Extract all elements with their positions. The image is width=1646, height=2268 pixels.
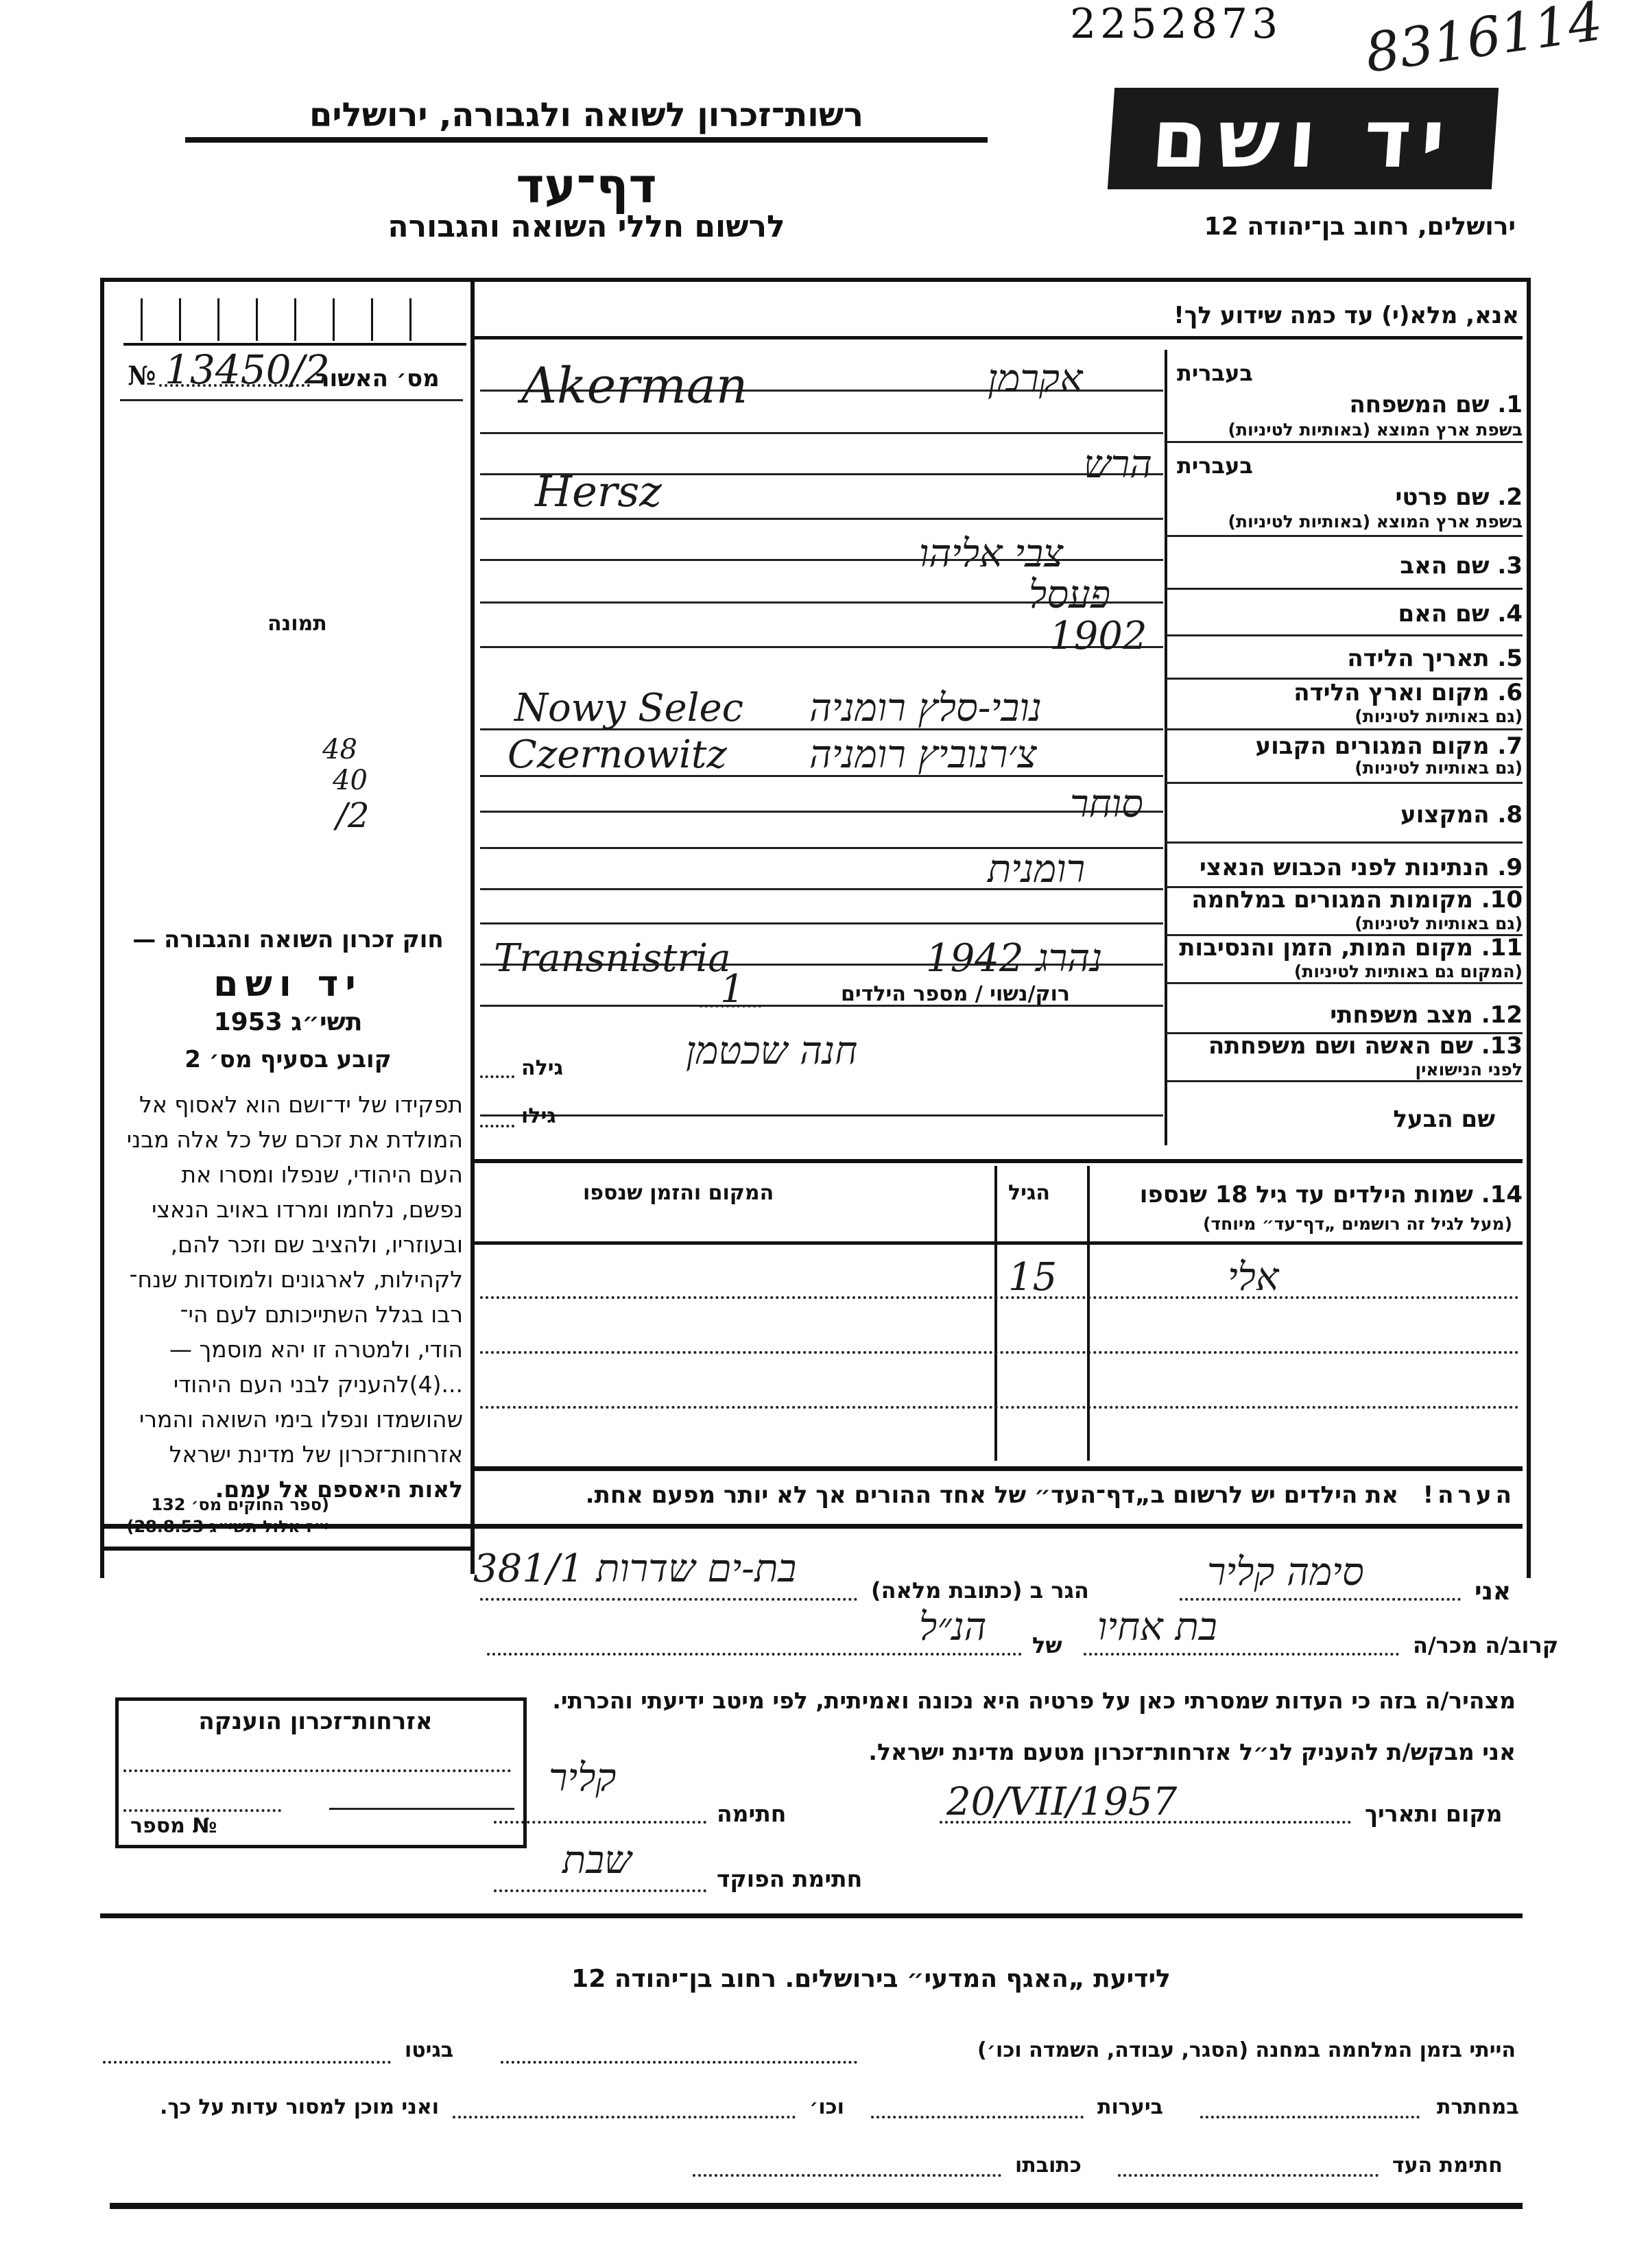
- law-name: יד ושם: [110, 964, 466, 1005]
- declarant-name-line: [1180, 1598, 1461, 1601]
- request: אני מבקש/ת להעניק לנ״ל אזרחות־זכרון מטעם…: [754, 1739, 1516, 1765]
- field-12-label: 12. מצב משפחתי: [1330, 1001, 1523, 1029]
- footer-line1-field-2: [103, 2061, 391, 2064]
- child-row-3-line: [480, 1406, 1519, 1409]
- husband-label: שם הבעל: [1393, 1106, 1495, 1133]
- field-4-value[interactable]: פעסל: [1029, 573, 1110, 617]
- field-1-hebrew-tag: בעברית: [1177, 360, 1253, 386]
- child-1-age[interactable]: 15: [1008, 1255, 1057, 1300]
- relation-label: קרוב/ה מכר/ה: [1413, 1632, 1558, 1658]
- field-2-label: 2. שם פרטי: [1395, 484, 1523, 511]
- wife-age-line: [480, 1075, 514, 1078]
- approval-label: מס׳ האשור: [315, 365, 440, 392]
- spouse-divider: [1165, 1080, 1167, 1145]
- wife-age-label: גילה: [521, 1056, 563, 1080]
- note: הערה! את הילדים יש לרשום ב„דף־העד״ של אח…: [480, 1481, 1516, 1509]
- handwritten-reference: 8316114: [1361, 0, 1606, 85]
- field-3-label: 3. שם האב: [1400, 552, 1523, 580]
- field-6-label: 6. מקום וארץ הלידה: [1293, 679, 1523, 706]
- archive-number: 2252873: [1070, 0, 1282, 48]
- left-panel-bottom: [100, 1547, 475, 1551]
- law-year: תשי״ג 1953: [110, 1008, 466, 1036]
- field-11-sub: (המקום גם באותיות לטיניות): [1294, 962, 1523, 981]
- row-divider-6: [1166, 728, 1523, 730]
- field-11-value-hebrew[interactable]: נהרג 1942: [926, 936, 1102, 981]
- signature-label: חתימה: [717, 1800, 786, 1827]
- officer-signature-label: חתימת הפוקד: [717, 1865, 862, 1892]
- relation-value[interactable]: בת אחיו: [1097, 1605, 1217, 1649]
- resides-label: הגר ב (כתובת מלאה): [871, 1577, 1089, 1603]
- law-section: קובע בסעיף מס׳ 2: [110, 1046, 466, 1073]
- ruler-baseline: [123, 343, 466, 346]
- footer-line2-a: במחתרת: [1437, 2095, 1519, 2119]
- children-col-divider-2: [994, 1166, 997, 1461]
- declarant-i-label: אני: [1475, 1577, 1511, 1605]
- field-1-sub: בשפת ארץ המוצא (באותיות לטיניות): [1228, 420, 1523, 440]
- row-divider-13: [1166, 1080, 1523, 1082]
- approval-no-symbol: №: [128, 360, 156, 391]
- row-divider-3: [1166, 588, 1523, 590]
- form-title: דף־עד: [192, 158, 981, 214]
- photo-mark-2: 40: [333, 765, 368, 796]
- officer-signature-value[interactable]: שבת: [562, 1838, 632, 1883]
- field-2-value-hebrew[interactable]: הרש: [1084, 442, 1152, 487]
- citizenship-box-line-2: [123, 1809, 281, 1812]
- approval-number-value[interactable]: 13450/2: [165, 346, 330, 393]
- law-text: תפקידו של יד־ושם הוא לאסוף אלהמולדת את ז…: [106, 1087, 463, 1507]
- footer-line3-field-1: [1118, 2174, 1379, 2177]
- row-divider-2: [1166, 535, 1523, 537]
- spouse-section-bottom: [475, 1159, 1523, 1163]
- address-line: [480, 1598, 857, 1601]
- field-6-value-hebrew[interactable]: נובי-סלץ רומניה: [809, 686, 1042, 730]
- field-10-label: 10. מקומות המגורים במלחמה: [1191, 886, 1523, 914]
- field-4-label: 4. שם האם: [1398, 600, 1523, 628]
- field-1-value-hebrew[interactable]: אקרמן: [988, 357, 1083, 401]
- field-8-label: 8. המקצוע: [1400, 801, 1523, 828]
- row-divider-4: [1166, 634, 1523, 636]
- row-divider-1: [1166, 441, 1523, 443]
- signature-value[interactable]: קליר: [549, 1756, 616, 1800]
- of-value[interactable]: הנ״ל: [919, 1605, 987, 1649]
- field-1-label: 1. שם המשפחה: [1349, 391, 1523, 418]
- law-ref-1: (ספר החוקים מס׳ 132: [110, 1495, 329, 1514]
- declaration-bottom: [100, 1913, 1523, 1918]
- field-5-label: 5. תאריך הלידה: [1347, 645, 1523, 672]
- officer-signature-line: [494, 1889, 706, 1892]
- footer-line3-a: חתימת העד: [1392, 2153, 1503, 2177]
- field-7-value-hebrew[interactable]: צ׳רנוביץ רומניה: [809, 732, 1037, 777]
- photo-label: תמונה: [267, 612, 327, 636]
- value-line-11: [480, 922, 1163, 924]
- field-11-label: 11. מקום המות, הזמן והנסיבות: [1179, 934, 1523, 962]
- children-header-bottom: [475, 1241, 1523, 1245]
- place-date-value[interactable]: 20/VII/1957: [946, 1780, 1177, 1824]
- field-9-value[interactable]: רומנית: [988, 847, 1085, 892]
- field-2-value-latin[interactable]: Hersz: [535, 466, 662, 516]
- field-5-value[interactable]: 1902: [1049, 614, 1147, 658]
- org-line: רשות־זכרון לשואה ולגבורה, ירושלים: [192, 96, 981, 134]
- citizenship-box-title: אזרחות־זכרון הוענקה: [130, 1708, 501, 1735]
- footer-line2-d: ואני מוכן למסור עדות על כך.: [103, 2095, 439, 2119]
- value-line-2b: [480, 518, 1163, 520]
- of-line: [487, 1653, 1022, 1656]
- declarant-name-value[interactable]: סימה קליר: [1207, 1550, 1364, 1595]
- field-7-label: 7. מקום המגורים הקבוע: [1255, 732, 1523, 760]
- field-7-value-latin[interactable]: Czernowitz: [508, 732, 727, 777]
- citizenship-box-line-3: [329, 1808, 514, 1810]
- value-line-8: [480, 811, 1163, 813]
- field-2-sub: בשפת ארץ המוצא (באותיות לטיניות): [1228, 512, 1523, 532]
- children-bottom: [475, 1466, 1523, 1471]
- photo-mark-1: 48: [322, 734, 357, 765]
- instruction: אנא, מלא(י) עד כמה שידוע לך!: [1111, 302, 1519, 329]
- footer-line2-field-2: [871, 2116, 1084, 2118]
- value-line-1b: [480, 432, 1163, 434]
- relation-line: [1084, 1653, 1399, 1656]
- form-subtitle: לרשום חללי השואה והגבורה: [192, 209, 981, 244]
- husband-age-label: גילו: [521, 1104, 556, 1128]
- law-title: חוק זכרון השואה והגבורה —: [110, 926, 466, 953]
- yad-vashem-logo: יד ושם: [1108, 88, 1499, 189]
- field-6-value-latin[interactable]: Nowy Selec: [514, 686, 743, 730]
- field-11-value-latin[interactable]: Transnistria: [494, 936, 731, 981]
- footer-line3-b: כתובתו: [1015, 2153, 1082, 2177]
- field-6-sub: (גם באותיות לטיניות): [1355, 706, 1523, 726]
- marital-status-options: רוק/נשוי / מספר הילדים: [713, 982, 1070, 1006]
- citizenship-box-line-1: [123, 1769, 511, 1772]
- field-7-sub: (גם באותיות לטיניות): [1355, 758, 1523, 778]
- field-3-value[interactable]: צבי אליהו: [919, 532, 1063, 576]
- field-1-value-latin[interactable]: Akerman: [521, 357, 748, 414]
- of-label: של: [1032, 1632, 1062, 1658]
- photo-mark-3: /2: [336, 796, 370, 835]
- row-divider-11: [1166, 982, 1523, 984]
- label-column-divider: [1165, 350, 1167, 1138]
- row-divider-8: [1166, 841, 1523, 844]
- left-panel-divider: [470, 278, 475, 1574]
- children-col-age: הגיל: [1008, 1181, 1050, 1205]
- address-value[interactable]: בת-ים שדרות 381/1: [473, 1547, 796, 1591]
- children-count-value[interactable]: 1: [720, 967, 745, 1012]
- footer-line2-b: ביערות: [1097, 2095, 1163, 2119]
- note-label: הערה!: [1423, 1481, 1516, 1509]
- children-sub: (מעל לגיל זה רושמים „דף־עד״ מיוחד): [1203, 1214, 1512, 1234]
- place-date-label: מקום ותאריך: [1365, 1800, 1503, 1827]
- field-10-sub: (גם באותיות לטיניות): [1355, 914, 1523, 933]
- footer-line1-a: הייתי בזמן המלחמה במחנה (הסגר, עבודה, הש…: [857, 2038, 1516, 2062]
- husband-age-line: [480, 1125, 514, 1127]
- ruler-ticks: [141, 298, 429, 341]
- row-divider-7: [1166, 782, 1523, 784]
- note-bottom: [100, 1524, 1523, 1529]
- wife-name-value[interactable]: חנה שכטמן: [686, 1029, 857, 1073]
- footer-line2-c: וכו׳: [809, 2095, 844, 2119]
- footer-line3-field-2: [693, 2174, 1001, 2177]
- child-1-name[interactable]: אלי: [1228, 1255, 1278, 1300]
- children-col-divider-1: [1087, 1166, 1090, 1461]
- field-9-label: 9. הנתינות לפני הכבוש הנאצי: [1200, 854, 1523, 881]
- children-header: 14. שמות הילדים עד גיל 18 שנספו: [1140, 1181, 1523, 1208]
- footer-title: לידיעת „האגף המדעי״ בירושלים. רחוב בן־יה…: [494, 1965, 1248, 1993]
- org-underline: [185, 137, 988, 143]
- footer-line1-field-1: [501, 2061, 857, 2064]
- field-13-label: 13. שם האשה ושם משפחתה: [1208, 1032, 1523, 1060]
- field-13-sub: לפני הנישואין: [1415, 1060, 1523, 1079]
- value-line-14: [480, 1114, 1163, 1117]
- child-row-2-line: [480, 1351, 1519, 1354]
- child-row-1-line: [480, 1296, 1519, 1299]
- citizenship-number-label: № מספר: [130, 1814, 217, 1838]
- footer-line2-field-1: [1200, 2116, 1420, 2118]
- approval-underline: [120, 399, 463, 401]
- footer-line2-field-3: [453, 2116, 796, 2118]
- instruction-underline: [475, 336, 1523, 339]
- footer-line1-b: בגיטו: [405, 2038, 453, 2062]
- field-2-hebrew-tag: בעברית: [1177, 453, 1253, 479]
- address: ירושלים, רחוב בן־יהודה 12: [1070, 213, 1516, 241]
- footer-bottom: [110, 2203, 1523, 2209]
- children-col-place: המקום והזמן שנספו: [583, 1181, 774, 1205]
- field-8-value[interactable]: סוחר: [1070, 782, 1143, 826]
